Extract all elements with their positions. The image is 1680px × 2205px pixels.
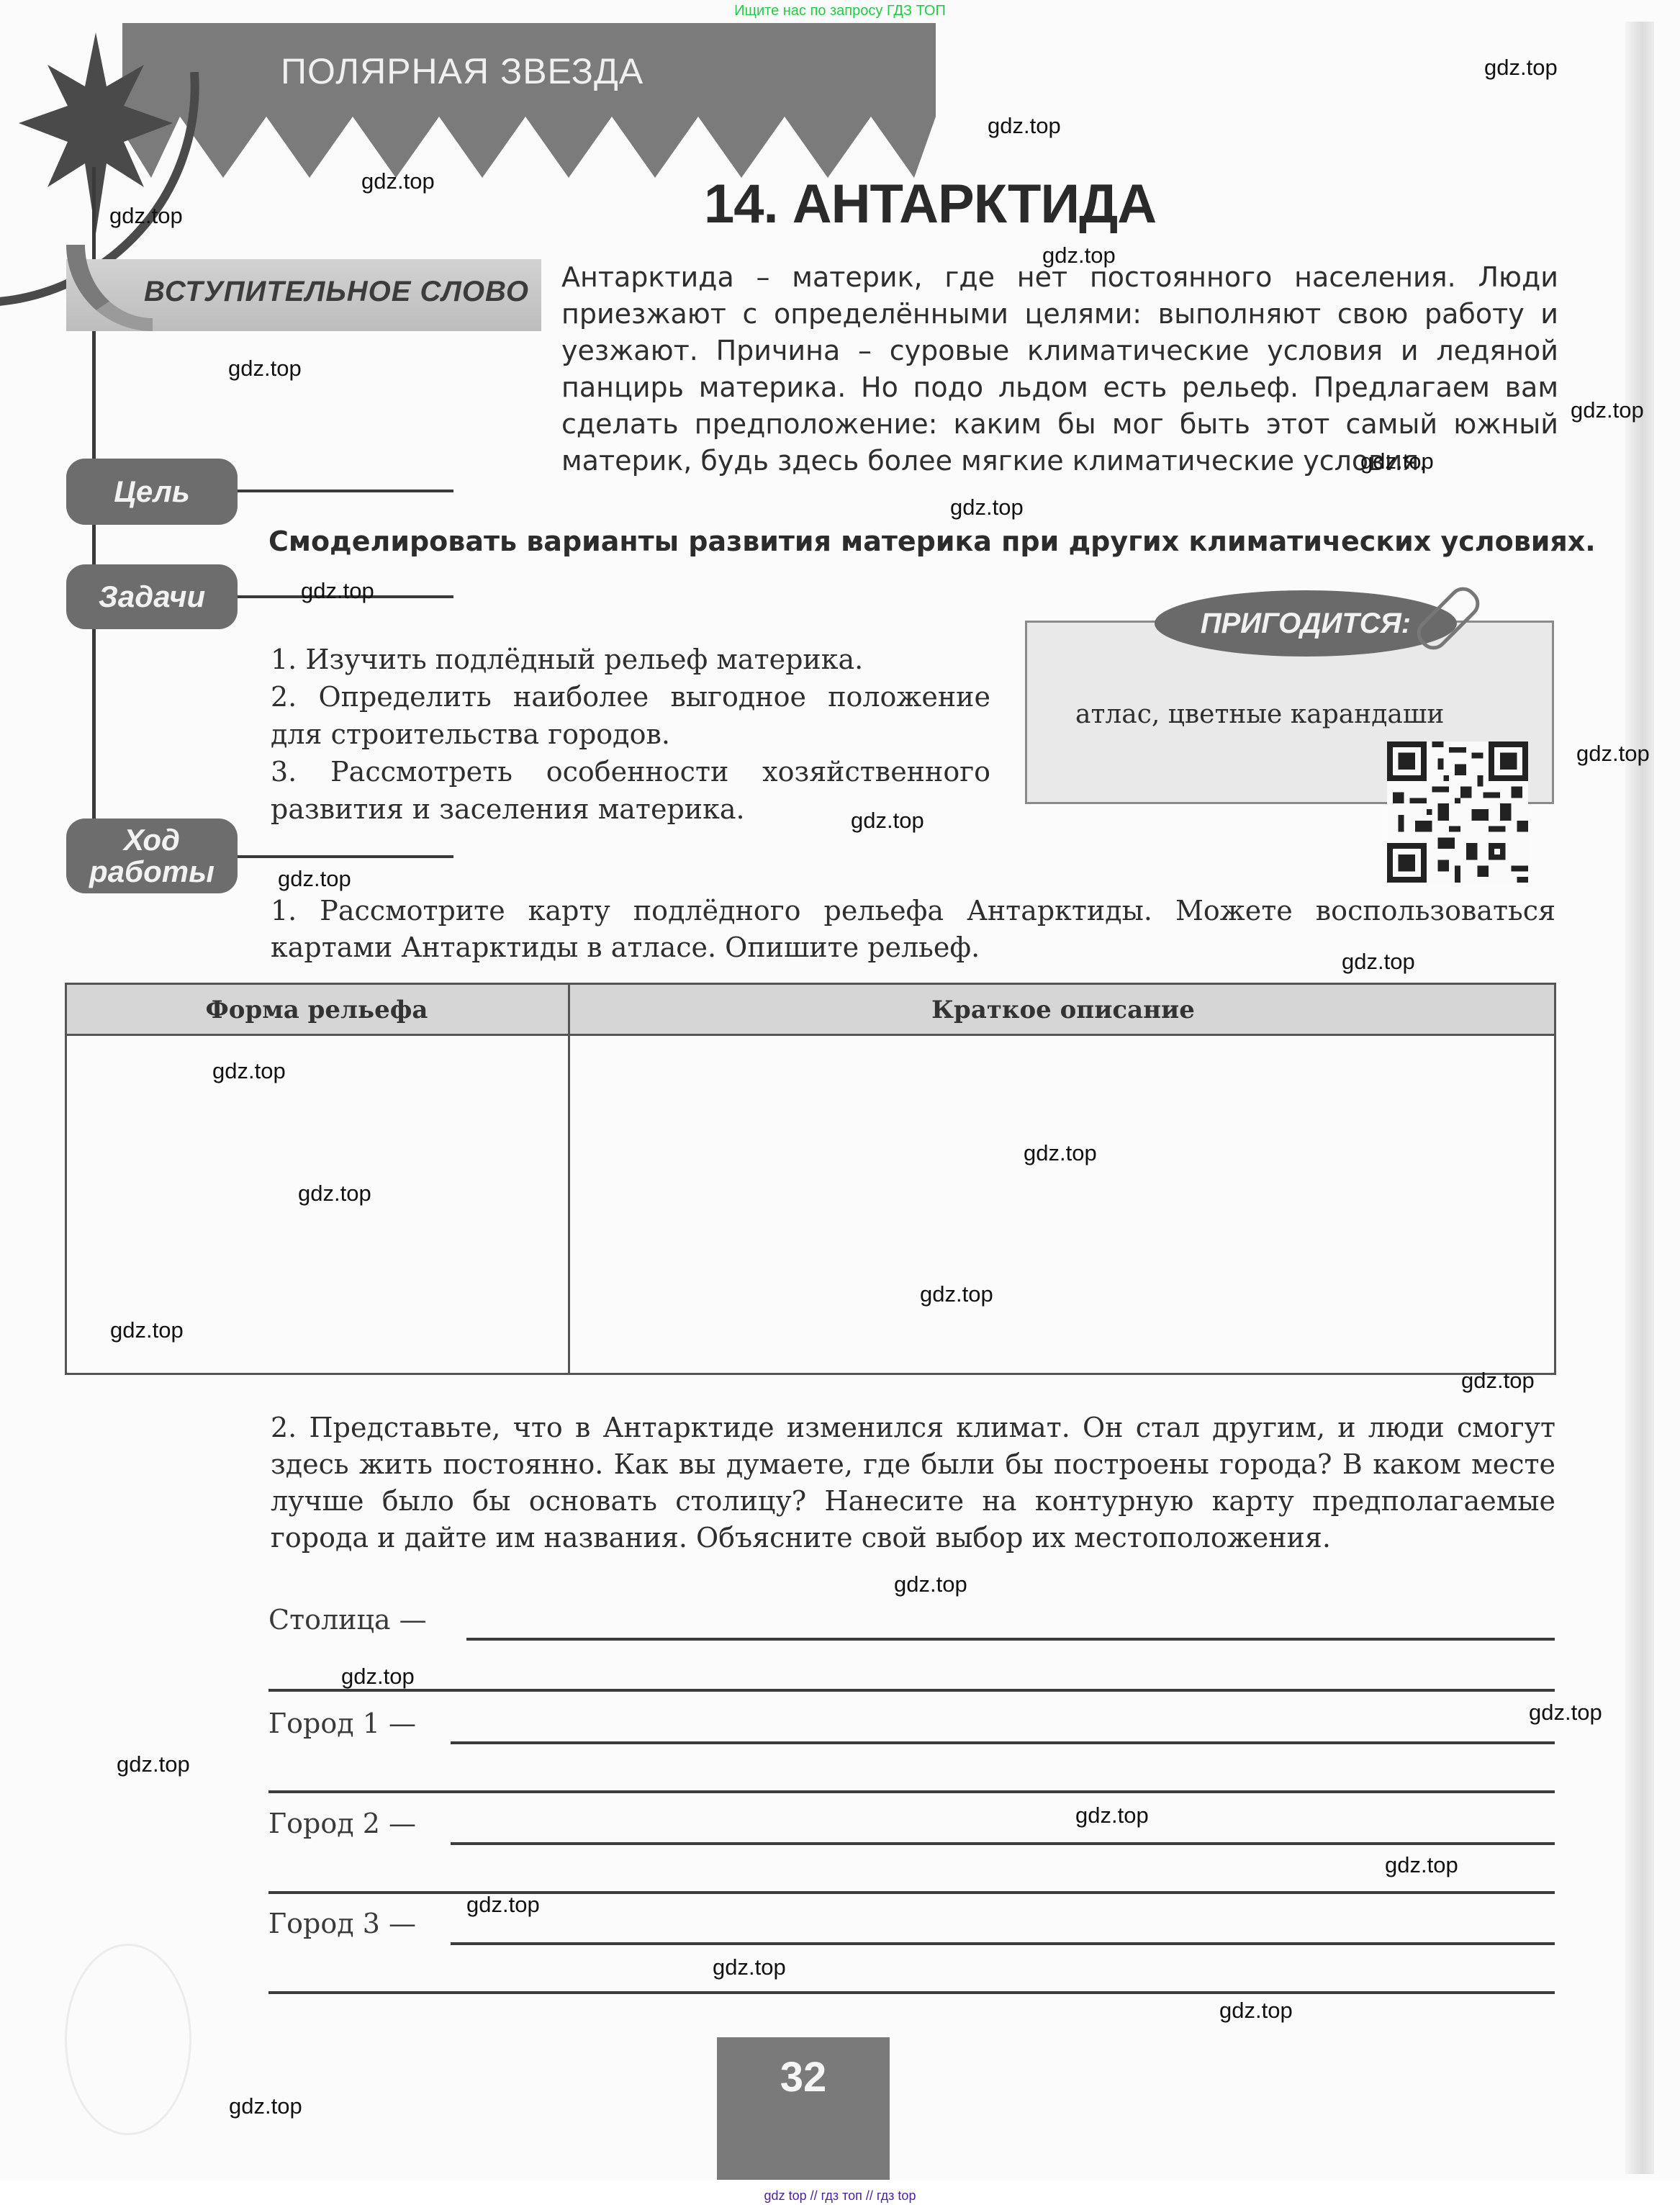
- page-number-text: 32: [780, 2053, 827, 2181]
- useful-tag: ПРИГОДИТСЯ:: [1155, 590, 1457, 657]
- watermark: gdz.top: [228, 356, 302, 382]
- task-item: 2. Определить наиболее выгодное положени…: [271, 678, 990, 753]
- watermark: gdz.top: [713, 1954, 786, 1980]
- watermark: gdz.top: [1484, 55, 1558, 81]
- watermark: gdz.top: [341, 1664, 415, 1690]
- work-label-line1: Ход: [124, 823, 180, 857]
- city3-input-line[interactable]: [451, 1942, 1555, 1945]
- intro-label: ВСТУПИТЕЛЬНОЕ СЛОВО: [144, 276, 529, 308]
- capital-input-line-2[interactable]: [268, 1689, 1555, 1692]
- page-edge-shadow: [1625, 22, 1654, 2174]
- useful-text: атлас, цветные карандаши: [1075, 700, 1444, 729]
- bottom-note: gdz top // гдз топ // гдз top: [0, 2188, 1680, 2204]
- goal-pill-line: [238, 490, 453, 492]
- goal-text: Смоделировать варианты развития материка…: [268, 526, 1596, 557]
- goal-pill: Цель: [66, 459, 238, 525]
- work-label: Ход работы: [89, 824, 214, 888]
- goal-label: Цель: [114, 476, 190, 508]
- lesson-title: 14. АНТАРКТИДА: [704, 173, 1156, 235]
- watermark: gdz.top: [117, 1751, 190, 1777]
- series-banner: [122, 23, 936, 178]
- watermark: gdz.top: [920, 1281, 993, 1307]
- tasks-pill: Задачи: [66, 564, 238, 629]
- watermark: gdz.top: [1576, 741, 1650, 767]
- watermark: gdz.top: [212, 1058, 286, 1084]
- watermark: gdz.top: [894, 1572, 967, 1597]
- capital-input-line[interactable]: [466, 1638, 1555, 1641]
- watermark: gdz.top: [1219, 1998, 1293, 2024]
- watermark: gdz.top: [361, 168, 435, 194]
- description-cell[interactable]: [570, 1036, 1554, 1373]
- column-header-relief-form: Форма рельефа: [65, 996, 569, 1024]
- work-label-line2: работы: [89, 855, 214, 888]
- city2-label: Город 2 —: [268, 1808, 416, 1839]
- task2-text: 2. Представьте, что в Антарктиде изменил…: [271, 1410, 1555, 1556]
- task-item: 1. Изучить подлёдный рельеф материка.: [271, 641, 990, 678]
- watermark: gdz.top: [1024, 1140, 1097, 1166]
- work-pill: Ход работы: [66, 819, 238, 893]
- intro-text: Антарктида – материк, где нет постоянног…: [561, 259, 1558, 479]
- watermark: gdz.top: [466, 1892, 540, 1918]
- watermark: gdz.top: [109, 203, 183, 229]
- tasks-list: 1. Изучить подлёдный рельеф материка. 2.…: [271, 641, 990, 828]
- watermark: gdz.top: [950, 495, 1024, 520]
- watermark: gdz.top: [1571, 397, 1644, 423]
- watermark: gdz.top: [110, 1317, 184, 1343]
- watermark: gdz.top: [1075, 1803, 1149, 1829]
- ghost-circle: [65, 1944, 191, 2135]
- watermark: gdz.top: [1042, 243, 1116, 269]
- city1-input-line-2[interactable]: [268, 1790, 1555, 1793]
- watermark: gdz.top: [1385, 1852, 1458, 1878]
- city2-input-line[interactable]: [451, 1842, 1555, 1845]
- city3-label: Город 3 —: [268, 1908, 416, 1939]
- watermark: gdz.top: [298, 1181, 371, 1207]
- watermark: gdz.top: [1529, 1700, 1602, 1726]
- top-note: Ищите нас по запросу ГДЗ ТОП: [0, 3, 1680, 19]
- watermark: gdz.top: [301, 578, 374, 604]
- watermark: gdz.top: [851, 808, 924, 834]
- column-header-description: Краткое описание: [570, 996, 1556, 1024]
- qr-code-icon[interactable]: [1383, 741, 1532, 883]
- series-title: ПОЛЯРНАЯ ЗВЕЗДА: [281, 50, 643, 92]
- watermark: gdz.top: [988, 113, 1061, 139]
- work-pill-line: [238, 855, 453, 858]
- city1-input-line[interactable]: [451, 1741, 1555, 1744]
- watermark: gdz.top: [1461, 1368, 1535, 1394]
- tasks-label: Задачи: [99, 581, 205, 613]
- page-number: 32: [717, 2037, 890, 2181]
- watermark: gdz.top: [229, 2093, 302, 2119]
- city2-input-line-2[interactable]: [268, 1891, 1555, 1894]
- watermark: gdz.top: [1360, 448, 1434, 474]
- watermark: gdz.top: [278, 866, 351, 892]
- watermark: gdz.top: [1342, 949, 1415, 975]
- city1-label: Город 1 —: [268, 1708, 416, 1739]
- capital-label: Столица —: [268, 1604, 427, 1636]
- city3-input-line-2[interactable]: [268, 1991, 1555, 1994]
